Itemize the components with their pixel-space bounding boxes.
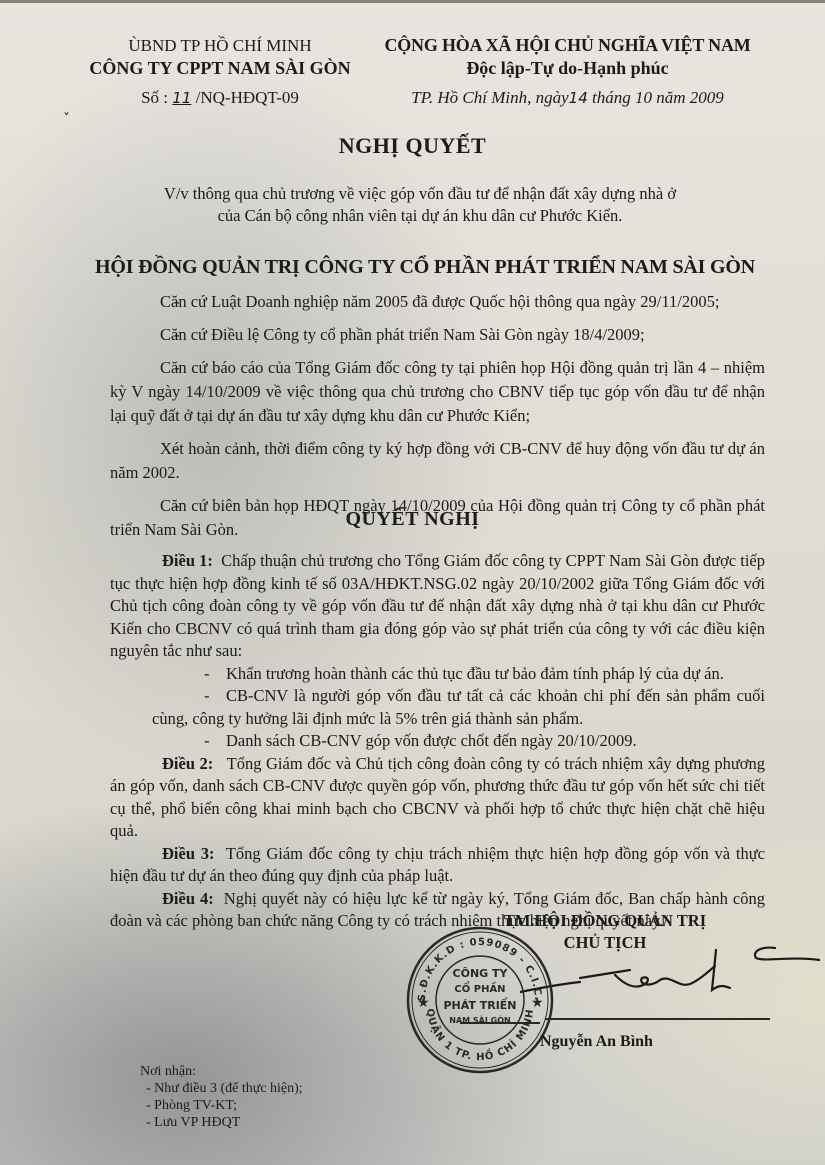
article-1: Điều 1: Chấp thuận chủ trương cho Tổng G…	[110, 550, 765, 663]
svg-text:★: ★	[531, 996, 544, 1011]
company-name: CÔNG TY CPPT NAM SÀI GÒN	[70, 57, 370, 80]
svg-text:★: ★	[417, 996, 430, 1011]
national-motto: Độc lập-Tự do-Hạnh phúc	[360, 57, 775, 80]
ink-mark: ˇ	[63, 112, 70, 128]
article-label: Điều 1:	[162, 551, 213, 570]
condition-item: -Danh sách CB-CNV góp vốn được chốt đến …	[110, 730, 765, 753]
place-date: TP. Hồ Chí Minh, ngày14 tháng 10 năm 200…	[360, 86, 775, 110]
recipients: Nơi nhận: - Như điều 3 (để thực hiện); -…	[140, 1063, 303, 1131]
place-date-prefix: TP. Hồ Chí Minh, ngày	[411, 88, 568, 107]
basis-item: -Căn cứ Điều lệ Công ty cổ phần phát tri…	[110, 323, 765, 347]
basis-item: -Xét hoàn cảnh, thời điểm công ty ký hợp…	[110, 437, 765, 485]
article-label: Điều 2:	[162, 754, 213, 773]
signer-name: Nguyễn An Bình	[540, 1033, 653, 1051]
document-number: Số : 11 /NQ-HĐQT-09	[70, 86, 370, 110]
national-header: CỘNG HÒA XÃ HỘI CHỦ NGHĨA VIỆT NAM Độc l…	[360, 34, 775, 110]
basis-item: -Căn cứ báo cáo của Tổng Giám đốc công t…	[110, 356, 765, 428]
number-handwritten: 11	[172, 89, 191, 107]
document-title: NGHỊ QUYẾT	[0, 133, 825, 159]
issuer-header: ÙBND TP HỒ CHÍ MINH CÔNG TY CPPT NAM SÀI…	[70, 34, 370, 110]
company-seal: S.Đ.K.K.D : 059089 - C.I.C. QUẬN 1 TP. H…	[405, 925, 555, 1075]
recipient-item: - Như điều 3 (để thực hiện);	[140, 1080, 303, 1097]
recipient-item: - Phòng TV-KT;	[140, 1097, 303, 1114]
article-label: Điều 3:	[162, 844, 215, 863]
number-prefix: Số :	[141, 88, 168, 107]
day-handwritten: 14	[569, 89, 588, 107]
article-label: Điều 4:	[162, 889, 214, 908]
condition-item: -Khẩn trương hoàn thành các thủ tục đầu …	[110, 663, 765, 686]
recipient-item: - Lưu VP HĐQT	[140, 1114, 303, 1131]
issuing-body: HỘI ĐỒNG QUẢN TRỊ CÔNG TY CỔ PHẦN PHÁT T…	[90, 256, 760, 279]
article-2: Điều 2: Tổng Giám đốc và Chủ tịch công đ…	[110, 753, 765, 843]
condition-item: -CB-CNV là người góp vốn đầu tư tất cả c…	[110, 685, 765, 730]
subject-line-1: V/v thông qua chủ trương về việc góp vốn…	[100, 183, 740, 205]
articles: Điều 1: Chấp thuận chủ trương cho Tổng G…	[110, 550, 765, 933]
page-edge	[0, 0, 825, 3]
authority-name: ÙBND TP HỒ CHÍ MINH	[70, 34, 370, 57]
nation-name: CỘNG HÒA XÃ HỘI CHỦ NGHĨA VIỆT NAM	[360, 34, 775, 57]
document-subject: V/v thông qua chủ trương về việc góp vốn…	[100, 183, 740, 227]
signature-line	[545, 1018, 770, 1020]
number-suffix: /NQ-HĐQT-09	[191, 88, 299, 107]
article-3: Điều 3: Tổng Giám đốc công ty chịu trách…	[110, 843, 765, 888]
decision-title: QUYẾT NGHỊ	[0, 508, 825, 531]
svg-text:NAM SÀI GÒN: NAM SÀI GÒN	[449, 1014, 510, 1025]
subject-line-2: của Cán bộ công nhân viên tại dự án khu …	[100, 205, 740, 227]
svg-text:CỔ PHẦN: CỔ PHẦN	[454, 980, 505, 995]
place-date-suffix: tháng 10 năm 2009	[588, 88, 724, 107]
basis-item: -Căn cứ Luật Doanh nghiệp năm 2005 đã đư…	[110, 290, 765, 314]
svg-text:PHÁT TRIỂN: PHÁT TRIỂN	[443, 997, 516, 1012]
svg-text:CÔNG TY: CÔNG TY	[453, 967, 509, 980]
recipients-label: Nơi nhận:	[140, 1063, 303, 1080]
handwritten-signature	[520, 940, 820, 1000]
